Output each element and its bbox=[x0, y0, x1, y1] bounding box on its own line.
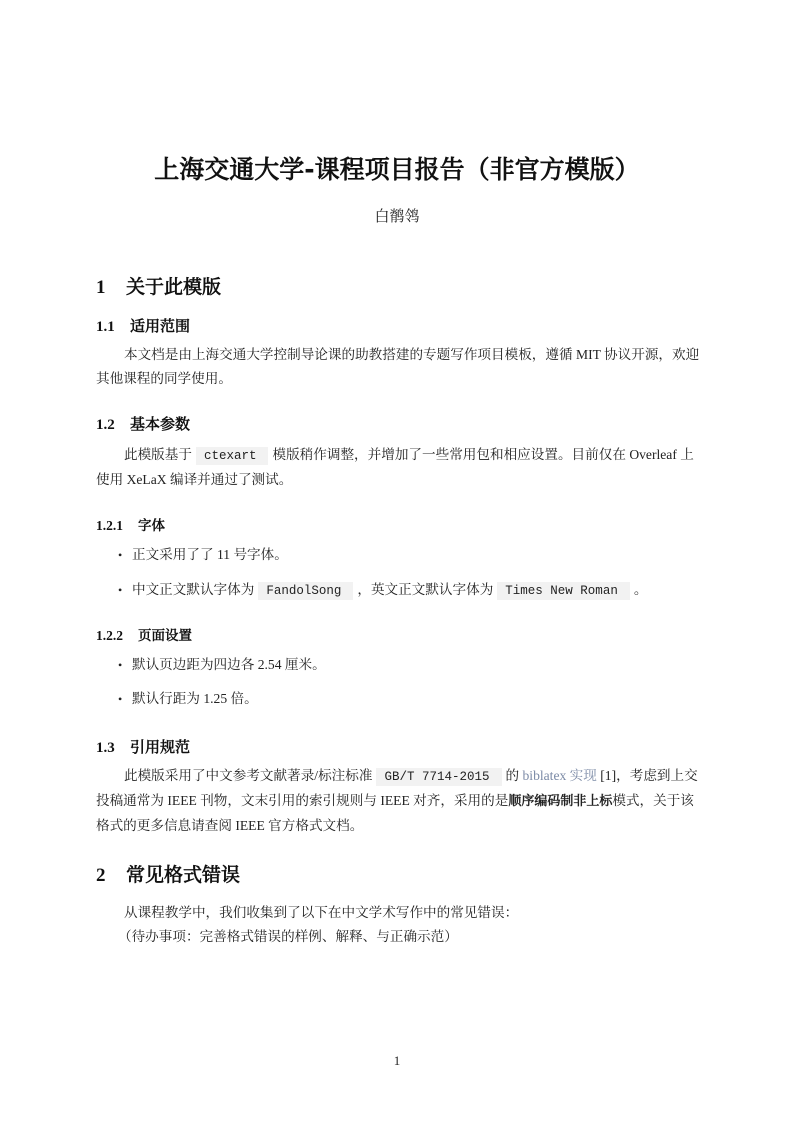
list-item-text: 默认行距为 1.25 倍。 bbox=[132, 691, 258, 706]
inline-code: FandolSong bbox=[258, 582, 353, 600]
paragraph-common-errors: 从课程教学中，我们收集到了以下在中文学术写作中的常见错误： bbox=[124, 901, 728, 925]
section-title: 常见格式错误 bbox=[126, 864, 240, 886]
citation-ref[interactable]: [1] bbox=[600, 768, 616, 783]
subsection-1-3-heading: 1.3引用规范 bbox=[96, 736, 190, 757]
bold-text: 顺序编码制非上标 bbox=[508, 794, 612, 809]
document-title: 上海交通大学-课程项目报告（非官方模版） bbox=[0, 150, 794, 186]
subsection-1-1-heading: 1.1适用范围 bbox=[96, 315, 190, 336]
paragraph-citation: 此模版采用了中文参考文献著录/标注标准GB/T 7714-2015的 bibla… bbox=[96, 764, 700, 838]
section-title: 关于此模版 bbox=[126, 276, 221, 298]
subsubsection-1-2-1-heading: 1.2.1字体 bbox=[96, 514, 165, 534]
page-number: 1 bbox=[0, 1053, 794, 1069]
inline-code: ctexart bbox=[196, 447, 269, 465]
text-run: 。 bbox=[634, 582, 648, 597]
text-run: 此模版采用了中文参考文献著录/标注标准 bbox=[124, 768, 372, 783]
text-run: 此模版基于 bbox=[124, 447, 192, 462]
paragraph-scope: 本文档是由上海交通大学控制导论课的助教搭建的专题写作项目模板，遵循 MIT 协议… bbox=[96, 343, 700, 391]
subsubsection-1-2-2-heading: 1.2.2页面设置 bbox=[96, 624, 192, 644]
subsubsection-number: 1.2.1 bbox=[96, 518, 138, 534]
bullet-icon: • bbox=[118, 545, 132, 565]
subsubsection-title: 页面设置 bbox=[138, 628, 192, 644]
biblatex-link[interactable]: biblatex 实现 bbox=[523, 768, 597, 783]
bullet-icon: • bbox=[118, 655, 132, 675]
inline-code: GB/T 7714-2015 bbox=[376, 768, 501, 786]
text-run: 中文正文默认字体为 bbox=[132, 582, 254, 597]
bullet-icon: • bbox=[118, 580, 132, 600]
document-page: 上海交通大学-课程项目报告（非官方模版） 白鹡鸰 1关于此模版 1.1适用范围 … bbox=[0, 0, 794, 1123]
section-1-heading: 1关于此模版 bbox=[96, 272, 221, 299]
section-number: 1 bbox=[96, 277, 126, 299]
subsection-number: 1.3 bbox=[96, 740, 130, 757]
list-item: •正文采用了了 11 号字体。 bbox=[118, 545, 288, 565]
list-item: •中文正文默认字体为FandolSong，英文正文默认字体为Times New … bbox=[118, 580, 647, 601]
subsection-title: 引用规范 bbox=[130, 738, 190, 756]
subsection-title: 适用范围 bbox=[130, 317, 190, 335]
document-author: 白鹡鸰 bbox=[0, 205, 794, 226]
paragraph-todo: （待办事项：完善格式错误的样例、解释、与正确示范） bbox=[118, 925, 722, 949]
subsection-title: 基本参数 bbox=[130, 415, 190, 433]
text-run: ，英文正文默认字体为 bbox=[357, 582, 493, 597]
list-item: •默认行距为 1.25 倍。 bbox=[118, 689, 258, 709]
text-run: 的 bbox=[506, 768, 520, 783]
subsubsection-number: 1.2.2 bbox=[96, 628, 138, 644]
paragraph-basic-params: 此模版基于ctexart模版稍作调整，并增加了一些常用包和相应设置。目前仅在 O… bbox=[96, 443, 700, 492]
inline-code: Times New Roman bbox=[497, 582, 630, 600]
list-item-text: 默认页边距为四边各 2.54 厘米。 bbox=[132, 657, 326, 672]
subsection-1-2-heading: 1.2基本参数 bbox=[96, 413, 190, 434]
list-item: •默认页边距为四边各 2.54 厘米。 bbox=[118, 655, 326, 675]
bullet-icon: • bbox=[118, 689, 132, 709]
subsection-number: 1.2 bbox=[96, 417, 130, 434]
section-2-heading: 2常见格式错误 bbox=[96, 860, 240, 887]
subsubsection-title: 字体 bbox=[138, 518, 165, 534]
section-number: 2 bbox=[96, 865, 126, 887]
subsection-number: 1.1 bbox=[96, 319, 130, 336]
list-item-text: 正文采用了了 11 号字体。 bbox=[132, 547, 288, 562]
